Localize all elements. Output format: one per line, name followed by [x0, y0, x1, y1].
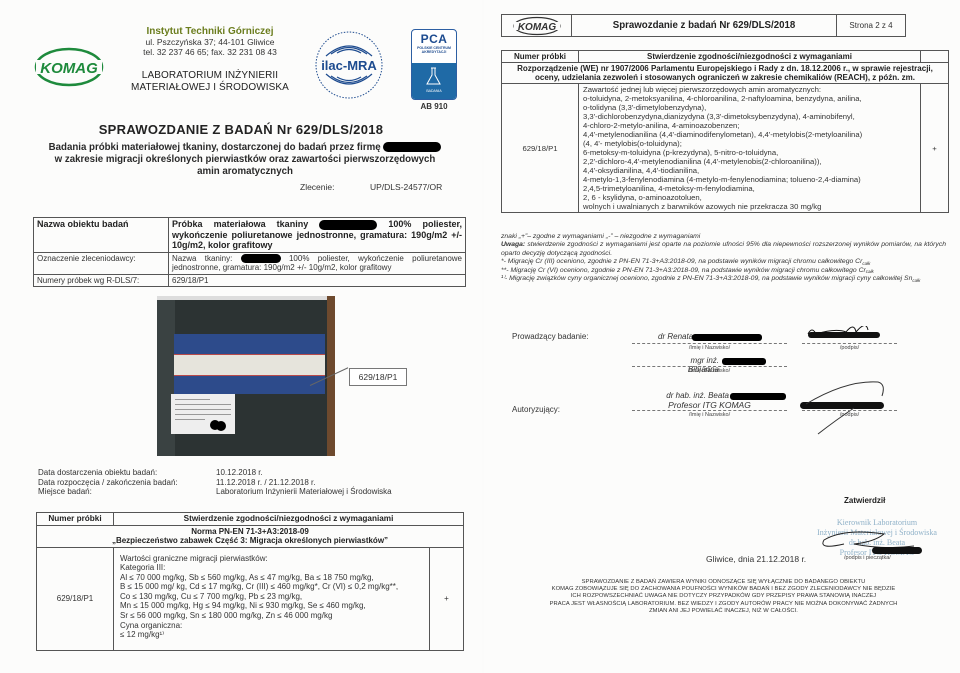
- confidentiality-disclaimer: SPRAWOZDANIE Z BADAŃ ZAWIERA WYNIKI ODNO…: [511, 579, 936, 615]
- table-row: 629/18/P1 Wartości graniczne migracji pi…: [37, 547, 464, 650]
- page-header: KOMAG Sprawozdanie z badań Nr 629/DLS/20…: [501, 14, 906, 37]
- svg-text:KOMAG: KOMAG: [40, 60, 98, 77]
- stamp-caption: /podpis i pieczątka/: [844, 555, 891, 561]
- test-object-table: Nazwa obiektu badań Próbka materiałowa t…: [33, 217, 466, 287]
- page-header-title: Sprawozdanie z badań Nr 629/DLS/2018: [572, 15, 837, 37]
- redacted-company: [383, 142, 441, 152]
- place-and-date: Gliwice, dnia 21.12.2018 r.: [706, 554, 806, 564]
- institute-name: Instytut Techniki Górniczej: [120, 27, 300, 37]
- table-row: Numery próbek wg R-DLS/7: 629/18/P1: [34, 274, 466, 287]
- sample-photo: [157, 296, 335, 456]
- element-migration-table: Numer próbki Stwierdzenie zgodności/niez…: [36, 512, 464, 651]
- redacted-name: [722, 358, 766, 365]
- date-row: Miejsce badań:Laboratorium Inżynierii Ma…: [38, 487, 392, 497]
- table-row: Nazwa obiektu badań Próbka materiałowa t…: [34, 218, 466, 253]
- ilac-mra-logo: ilac-MRA: [314, 30, 384, 100]
- report-title: SPRAWOZDANIE Z BADAŃ Nr 629/DLS/2018: [0, 122, 482, 137]
- svg-text:ilac-MRA: ilac-MRA: [321, 58, 377, 73]
- compliance-result: +: [430, 547, 464, 650]
- authorizer-title: Profesor ITG KOMAG: [632, 400, 787, 410]
- komag-logo: KOMAG: [502, 15, 572, 37]
- redacted-fabric-name: [319, 220, 377, 230]
- institute-contact: tel. 32 237 46 65; fax. 32 231 08 43: [120, 47, 300, 57]
- signature-2: [796, 380, 896, 436]
- aromatic-amines-table: Numer próbki Stwierdzenie zgodności/niez…: [501, 50, 949, 213]
- table-row: 629/18/P1 Zawartość jednej lub więcej pi…: [502, 84, 949, 213]
- footnotes: znaki „+”– zgodne z wymaganiami „-” – ni…: [501, 233, 946, 283]
- compliance-result: +: [921, 84, 949, 213]
- institute-address: ul. Pszczyńska 37; 44-101 Gliwice: [120, 37, 300, 47]
- svg-text:KOMAG: KOMAG: [517, 22, 556, 33]
- redacted-name: [692, 334, 762, 341]
- authorizer-name: dr hab. inż. Beata: [634, 391, 729, 400]
- komag-logo: KOMAG: [34, 47, 104, 87]
- sample-callout: 629/18/P1: [349, 368, 407, 386]
- test-dates: Data dostarczenia obiektu badań:10.12.20…: [38, 468, 392, 497]
- signature-1: [804, 326, 884, 344]
- order-number: Zlecenie:UP/DLS-24577/OR: [300, 182, 442, 192]
- migration-limits: Wartości graniczne migracji pierwiastków…: [114, 547, 430, 650]
- conducted-by-label: Prowadzący badanie:: [512, 332, 589, 341]
- accreditation-number: AB 910: [411, 102, 457, 111]
- report-page-1: KOMAG Instytut Techniki Górniczej ul. Ps…: [0, 0, 482, 673]
- institute-info: Instytut Techniki Górniczej ul. Pszczyńs…: [120, 27, 300, 57]
- table-row: Oznaczenie zleceniodawcy: Nazwa tkaniny:…: [34, 252, 466, 274]
- norm-reference: Norma PN-EN 71-3+A3:2018-09 „Bezpieczeńs…: [37, 525, 464, 547]
- report-subtitle: Badania próbki materiałowej tkaniny, dos…: [30, 142, 460, 178]
- report-page-2: KOMAG Sprawozdanie z badań Nr 629/DLS/20…: [484, 0, 960, 673]
- date-row: Data rozpoczęcia / zakończenia badań:11.…: [38, 478, 392, 488]
- redacted-fabric-name: [241, 254, 281, 263]
- flask-icon: [424, 66, 444, 88]
- date-row: Data dostarczenia obiektu badań:10.12.20…: [38, 468, 392, 478]
- regulation-reference: Rozporządzenie (WE) nr 1907/2006 Parlame…: [502, 63, 949, 84]
- page-number: Strona 2 z 4: [837, 15, 906, 37]
- laboratory-name: LABORATORIUM INŻYNIERII MATERIAŁOWEJ I Ś…: [120, 70, 300, 94]
- amine-list: Zawartość jednej lub więcej pierwszorzęd…: [579, 84, 921, 213]
- redacted-name: [730, 393, 786, 400]
- approved-label: Zatwierdził: [844, 496, 885, 505]
- pca-accreditation-logo: PCA POLSKIE CENTRUM AKREDYTACJI BADANIA: [411, 29, 457, 100]
- authorizing-label: Autoryzujący:: [512, 405, 560, 414]
